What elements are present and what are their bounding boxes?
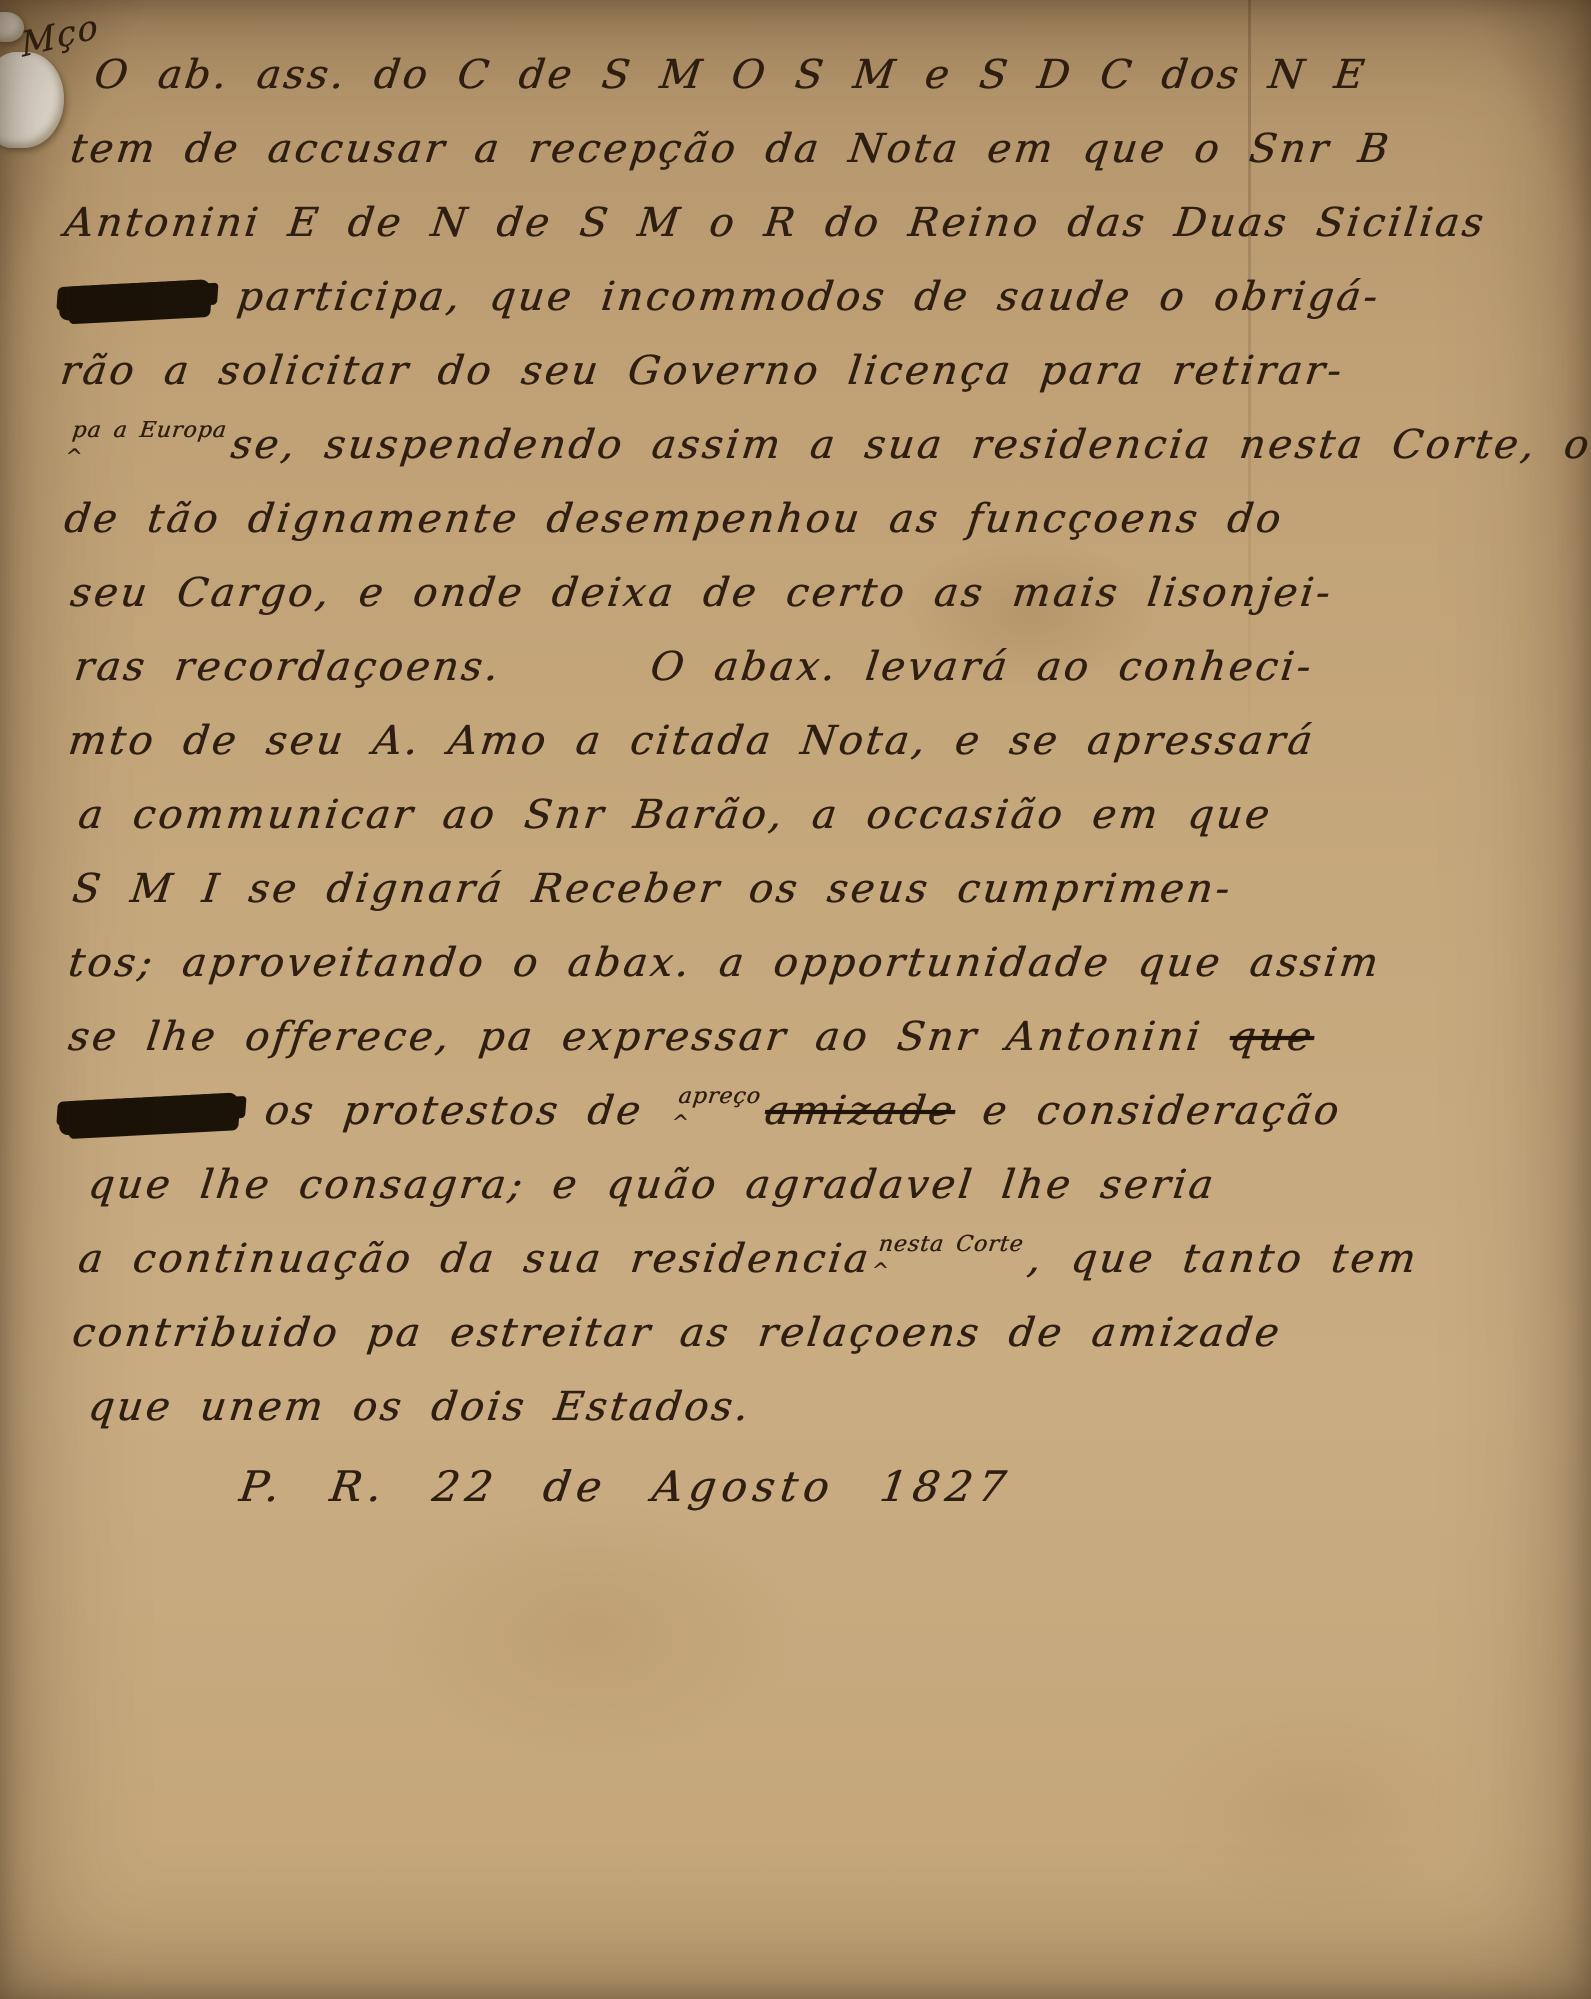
text-segment: tem de accusar a recepção da Nota em que… (68, 126, 1394, 172)
manuscript-line: a communicar ao Snr Barão, a occasião em… (56, 778, 1295, 852)
torn-corner (0, 52, 64, 148)
manuscript-body: O ab. ass. do C de S M O S M e S D C dos… (56, 38, 1286, 1444)
text-segment: se lhe offerece, pa expressar ao Snr Ant… (66, 1014, 1233, 1060)
manuscript-line: S M I se dignará Receber os seus cumprim… (56, 852, 1295, 926)
manuscript-line: ——— participa, que incommodos de saude o… (56, 260, 1295, 334)
manuscript-line: tos; aproveitando o abax. a opportunidad… (56, 926, 1295, 1000)
text-segment: participa, que incommodos de saude o obr… (207, 274, 1383, 320)
text-segment: O ab. ass. do C de S M O S M e S D C dos… (92, 52, 1370, 98)
manuscript-line: — —— os protestos de apreçoamizade e con… (56, 1074, 1295, 1148)
text-segment: a continuação da sua residencia (76, 1236, 874, 1282)
manuscript-line: seu Cargo, e onde deixa de certo as mais… (56, 556, 1295, 630)
text-segment: de tão dignamente desempenhou as funcçoe… (62, 496, 1286, 542)
blotted-segment: ——— (59, 279, 211, 321)
text-segment: que unem os dois Estados. (86, 1384, 754, 1430)
manuscript-line: a continuação da sua residencianesta Cor… (56, 1222, 1295, 1296)
text-segment: O abax. levará ao conheci- (648, 644, 1316, 690)
text-segment: que lhe consagra; e quão agradavel lhe s… (86, 1162, 1219, 1208)
text-segment: a communicar ao Snr Barão, a occasião em… (76, 792, 1275, 838)
manuscript-line: que unem os dois Estados. (56, 1370, 1295, 1444)
manuscript-line: ras recordaçoens.O abax. levará ao conhe… (56, 630, 1295, 704)
manuscript-line: O ab. ass. do C de S M O S M e S D C dos… (56, 38, 1295, 112)
strikethrough-segment: que (1227, 1014, 1317, 1060)
document-photo: Mço O ab. ass. do C de S M O S M e S D C… (0, 0, 1591, 1999)
text-segment: os protestos de (234, 1088, 673, 1134)
text-segment: se, suspendendo assim a sua residencia n… (228, 422, 1591, 468)
dateline: P. R. 22 de Agosto 1827 (237, 1462, 1015, 1511)
insertion-segment: apreço (677, 1086, 762, 1108)
text-segment: tos; aproveitando o abax. a opportunidad… (66, 940, 1384, 986)
manuscript-line: pa a Europase, suspendendo assim a sua r… (56, 408, 1295, 482)
text-segment: , que tanto tem (1025, 1236, 1421, 1282)
text-segment: Antonini E de N de S M o R do Reino das … (62, 200, 1489, 246)
text-segment: contribuido pa estreitar as relaçoens de… (70, 1310, 1285, 1356)
manuscript-line: tem de accusar a recepção da Nota em que… (56, 112, 1295, 186)
text-segment: rão a solicitar do seu Governo licença p… (58, 348, 1347, 394)
manuscript-line: se lhe offerece, pa expressar ao Snr Ant… (56, 1000, 1295, 1074)
strikethrough-segment: amizade (762, 1088, 957, 1134)
insertion-segment: nesta Corte (877, 1234, 1025, 1256)
manuscript-line: de tão dignamente desempenhou as funcçoe… (56, 482, 1295, 556)
paper-stain (380, 1500, 800, 1760)
paper-stain (1150, 1700, 1480, 1920)
text-segment: ras recordaçoens. (72, 644, 504, 690)
manuscript-line: contribuido pa estreitar as relaçoens de… (56, 1296, 1295, 1370)
text-segment: S M I se dignará Receber os seus cumprim… (70, 866, 1235, 912)
manuscript-line: Antonini E de N de S M o R do Reino das … (56, 186, 1295, 260)
text-segment: mto de seu A. Amo a citada Nota, e se ap… (66, 718, 1318, 764)
text-segment: e consideração (952, 1088, 1344, 1134)
insertion-segment: pa a Europa (71, 420, 228, 442)
manuscript-line: mto de seu A. Amo a citada Nota, e se ap… (56, 704, 1295, 778)
manuscript-line: que lhe consagra; e quão agradavel lhe s… (56, 1148, 1295, 1222)
text-segment: seu Cargo, e onde deixa de certo as mais… (68, 570, 1336, 616)
manuscript-line: rão a solicitar do seu Governo licença p… (56, 334, 1295, 408)
blotted-segment: — —— (59, 1092, 239, 1135)
